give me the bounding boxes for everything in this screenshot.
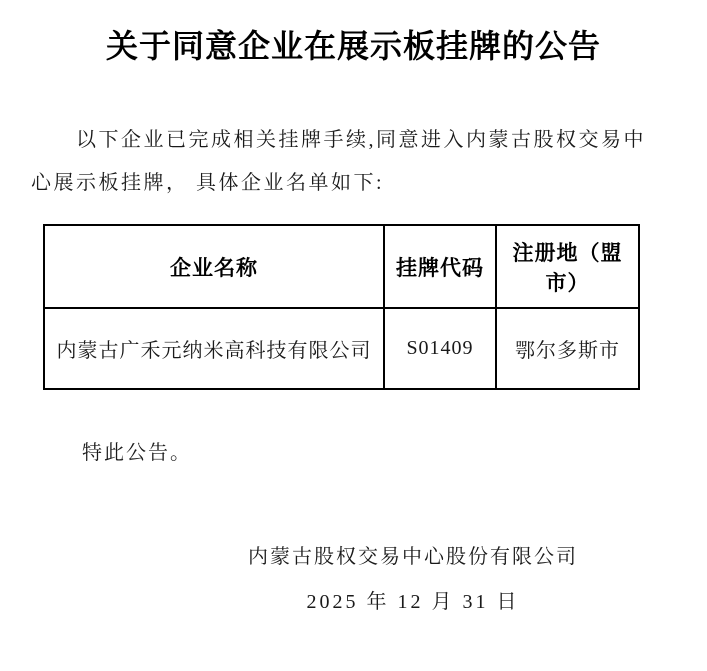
body-paragraph: 以下企业已完成相关挂牌手续,同意进入内蒙古股权交易中 心展示板挂牌， 具体企业名… — [31, 119, 679, 205]
cell-listing-code: S01409 — [384, 308, 496, 389]
paragraph-line-2: 心展示板挂牌， 具体企业名单如下: — [31, 162, 679, 205]
cell-registration-place: 鄂尔多斯市 — [496, 308, 639, 389]
column-header-registration-place: 注册地（盟市） — [496, 225, 639, 308]
signature-date: 2025 年 12 月 31 日 — [248, 588, 578, 616]
signature-block: 内蒙古股权交易中心股份有限公司 2025 年 12 月 31 日 — [248, 543, 578, 616]
cell-company-name: 内蒙古广禾元纳米高科技有限公司 — [44, 308, 384, 389]
page-title: 关于同意企业在展示板挂牌的公告 — [0, 26, 707, 66]
column-header-company-name: 企业名称 — [44, 225, 384, 308]
table-header-row: 企业名称 挂牌代码 注册地（盟市） — [44, 225, 639, 308]
table-row: 内蒙古广禾元纳米高科技有限公司 S01409 鄂尔多斯市 — [44, 308, 639, 389]
column-header-listing-code: 挂牌代码 — [384, 225, 496, 308]
announcement-page: 关于同意企业在展示板挂牌的公告 以下企业已完成相关挂牌手续,同意进入内蒙古股权交… — [0, 0, 707, 671]
paragraph-line-1: 以下企业已完成相关挂牌手续,同意进入内蒙古股权交易中 — [31, 119, 679, 162]
closing-text: 特此公告。 — [82, 436, 192, 465]
listing-table: 企业名称 挂牌代码 注册地（盟市） 内蒙古广禾元纳米高科技有限公司 S01409… — [43, 224, 640, 390]
signature-company: 内蒙古股权交易中心股份有限公司 — [248, 543, 578, 571]
